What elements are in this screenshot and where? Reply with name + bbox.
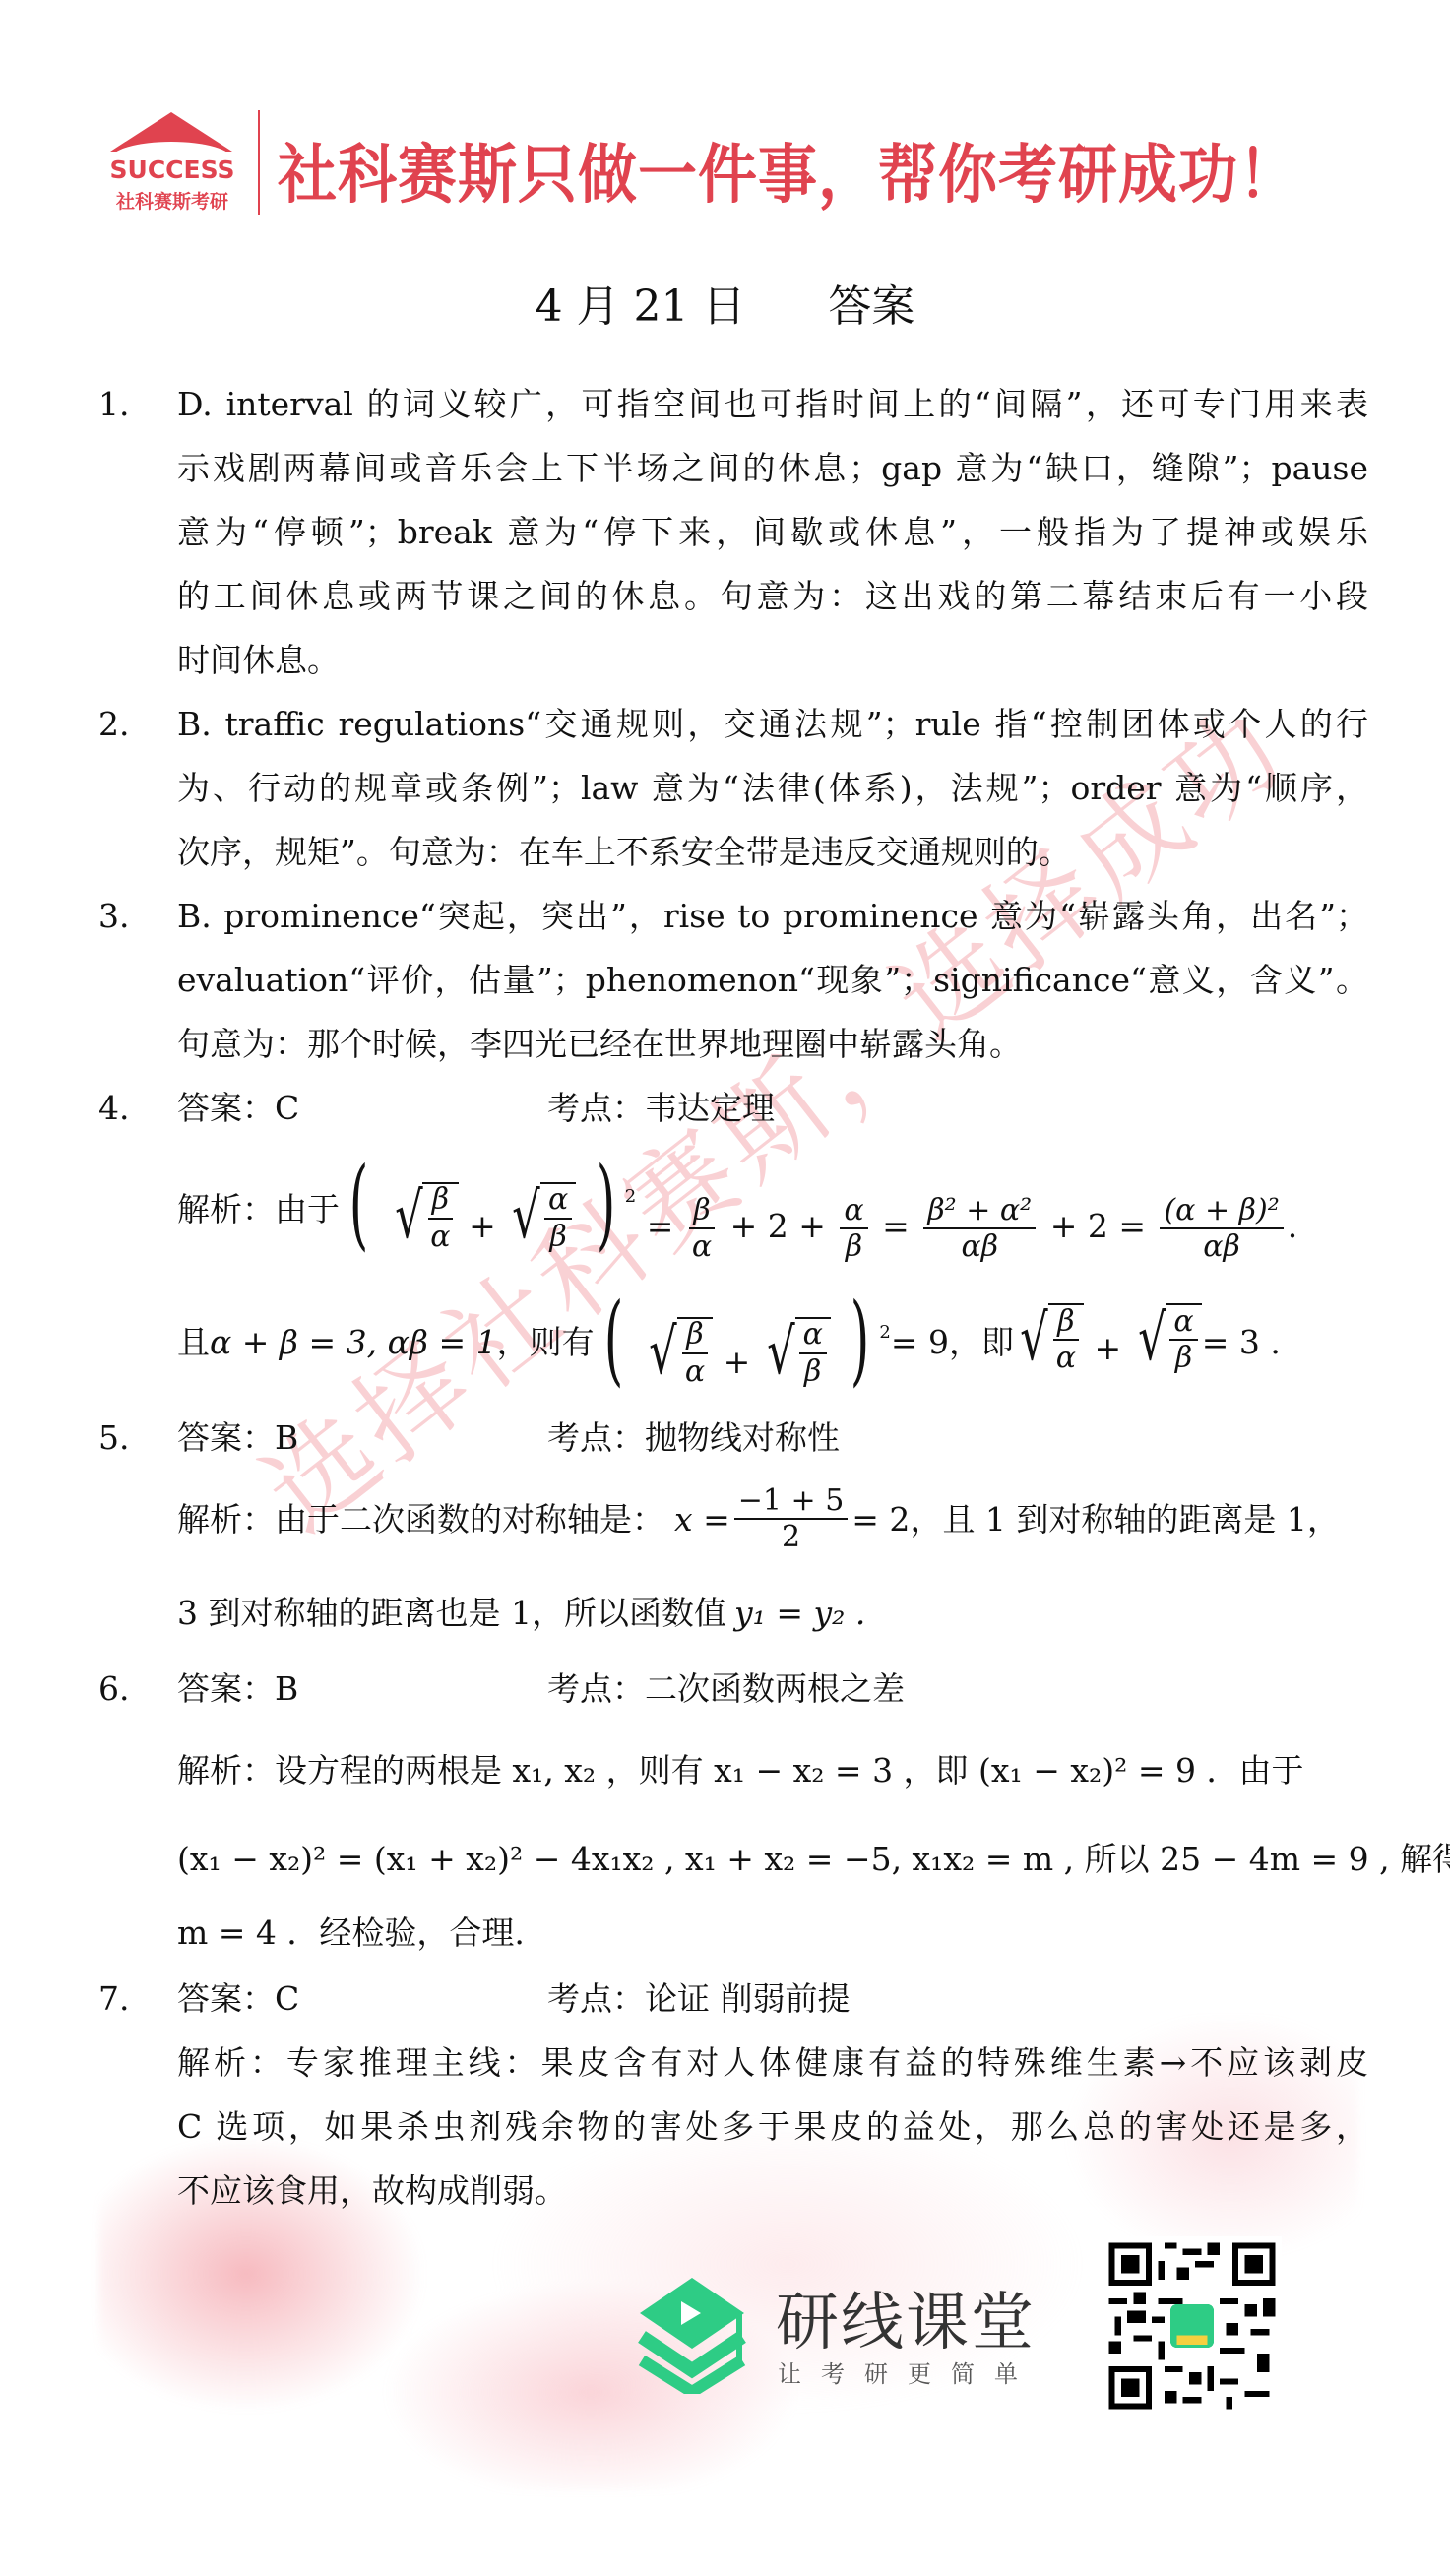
- math-eq: = 9: [891, 1310, 949, 1374]
- item-text: 时间休息。: [177, 628, 1368, 692]
- topic-label: 考点：韦达定理: [547, 1076, 775, 1140]
- math-expression: y₁ = y₂ .: [734, 1581, 865, 1645]
- item-text: 的工间休息或两节课之间的休息。句意为：这出戏的第二幕结束后有一小段: [177, 564, 1368, 628]
- math-result: = 3 .: [1202, 1310, 1281, 1374]
- answer-item-5: 5. 答案：B 考点：抛物线对称性 解析：由于二次函数的对称轴是： x = −1…: [98, 1406, 1368, 1657]
- item-text: C 选项，如果杀虫剂残余物的害处多于果皮的益处，那么总的害处还是多，: [177, 2095, 1368, 2159]
- answer-label: 答案：C: [177, 1076, 547, 1140]
- text: 3 到对称轴的距离也是 1，所以函数值: [177, 1581, 726, 1645]
- item-number: 5.: [98, 1406, 130, 1470]
- item-text: 为、行动的规章或条例”；law 意为“法律(体系)，法规”；order 意为“顺…: [177, 756, 1368, 820]
- footer-brand-name: 研线课堂: [776, 2272, 1036, 2362]
- item-text: 示戏剧两幕间或音乐会上下半场之间的休息；gap 意为“缺口，缝隙”；pause: [177, 436, 1368, 500]
- math-given: α + β = 3, αβ = 1: [210, 1310, 497, 1374]
- math-eq: = 2: [851, 1487, 910, 1551]
- item-text: 意为“停顿”；break 意为“停下来，间歇或休息”，一般指为了提神或娱乐: [177, 500, 1368, 564]
- analysis-label: 解析：由于: [177, 1177, 340, 1241]
- fraction-numerator: −1 + 5: [734, 1485, 849, 1521]
- slogan: 社科赛斯只做一件事，帮你考研成功！: [278, 124, 1298, 216]
- item-meta: 答案：C 考点：论证 削弱前提: [177, 1967, 1368, 2031]
- logo-cn: 社科赛斯考研: [100, 187, 244, 214]
- answer-item-1: 1. D. interval 的词义较广，可指空间也可指时间上的“间隔”，还可专…: [98, 372, 1368, 692]
- footer-brand: 研线课堂 让考研更简单: [638, 2264, 1051, 2412]
- answer-item-7: 7. 答案：C 考点：论证 削弱前提 解析：专家推理主线：果皮含有对人体健康有益…: [98, 1967, 1368, 2223]
- item-text: evaluation“评价，估量”；phenomenon“现象”；signifi…: [177, 948, 1368, 1012]
- text: ，且 1 到对称轴的距离是 1，: [910, 1487, 1339, 1551]
- formula-line: m = 4 ．经检验，合理.: [177, 1898, 1368, 1967]
- page-title: 4 月 21 日 答案: [0, 271, 1450, 334]
- answer-item-3: 3. B. prominence“突起，突出”，rise to prominen…: [98, 884, 1368, 1076]
- item-text: D. interval 的词义较广，可指空间也可指时间上的“间隔”，还可专门用来…: [177, 372, 1368, 436]
- text: ，即: [949, 1310, 1014, 1374]
- topic-label: 考点：抛物线对称性: [547, 1406, 840, 1470]
- footer-tagline: 让考研更简单: [778, 2355, 1038, 2389]
- topic-label: 考点：二次函数两根之差: [547, 1657, 905, 1721]
- text: ，则有: [497, 1310, 595, 1374]
- answer-label: 答案：C: [177, 1967, 547, 2031]
- formula-line: 且 α + β = 3, αβ = 1 ，则有 ( √βα + √αβ )2 =…: [177, 1278, 1368, 1406]
- item-number: 4.: [98, 1076, 130, 1140]
- formula-line: (x₁ − x₂)² = (x₁ + x₂)² − 4x₁x₂ , x₁ + x…: [177, 1819, 1368, 1898]
- analysis-label: 解析：由于二次函数的对称轴是：: [177, 1487, 664, 1551]
- header-divider: [258, 110, 260, 215]
- fraction-denominator: 2: [778, 1520, 804, 1553]
- formula-line: 解析：设方程的两根是 x₁, x₂ ，则有 x₁ − x₂ = 3 ，即 (x₁…: [177, 1721, 1368, 1819]
- answer-item-6: 6. 答案：B 考点：二次函数两根之差 解析：设方程的两根是 x₁, x₂ ，则…: [98, 1657, 1368, 1967]
- math-expression: √βα + √αβ: [1014, 1303, 1202, 1380]
- answer-label: 答案：B: [177, 1406, 547, 1470]
- formula-line: 解析：由于二次函数的对称轴是： x = −1 + 52 = 2 ，且 1 到对称…: [177, 1470, 1368, 1568]
- item-text: 次序，规矩”。句意为：在车上不系安全带是违反交通规则的。: [177, 820, 1368, 884]
- math-expression: ( √βα + √αβ )2 = βα + 2 + αβ = β² + α²αβ…: [340, 1155, 1297, 1263]
- book-stack-play-icon: [638, 2276, 746, 2394]
- item-text: B. traffic regulations“交通规则，交通法规”；rule 指…: [177, 692, 1368, 756]
- formula-line: 解析：由于 ( √βα + √αβ )2 = βα + 2 + αβ = β² …: [177, 1140, 1368, 1278]
- item-number: 3.: [98, 884, 130, 948]
- item-meta: 答案：B 考点：二次函数两根之差: [177, 1657, 1368, 1721]
- item-number: 7.: [98, 1967, 130, 2031]
- answer-item-2: 2. B. traffic regulations“交通规则，交通法规”；rul…: [98, 692, 1368, 884]
- item-number: 6.: [98, 1657, 130, 1721]
- item-meta: 答案：B 考点：抛物线对称性: [177, 1406, 1368, 1470]
- header: SUCCESS 社科赛斯考研 社科赛斯只做一件事，帮你考研成功！: [98, 106, 1378, 217]
- item-number: 2.: [98, 692, 130, 756]
- topic-label: 考点：论证 削弱前提: [547, 1967, 851, 2031]
- qr-code-icon[interactable]: [1103, 2236, 1282, 2416]
- item-number: 1.: [98, 372, 130, 436]
- text: 且: [177, 1310, 210, 1374]
- math-expression: ( √βα + √αβ )2: [595, 1290, 891, 1394]
- item-text: 解析：专家推理主线：果皮含有对人体健康有益的特殊维生素→不应该剥皮: [177, 2031, 1368, 2095]
- logo-en: SUCCESS: [100, 156, 244, 184]
- formula-line: 3 到对称轴的距离也是 1，所以函数值 y₁ = y₂ .: [177, 1568, 1368, 1657]
- item-text: 不应该食用，故构成削弱。: [177, 2159, 1368, 2223]
- logo: SUCCESS 社科赛斯考研: [98, 106, 246, 217]
- item-text: 句意为：那个时候，李四光已经在世界地理圈中崭露头角。: [177, 1012, 1368, 1076]
- answer-label: 答案：B: [177, 1657, 547, 1721]
- answer-item-4: 4. 答案：C 考点：韦达定理 解析：由于 ( √βα + √αβ )2 = β…: [98, 1076, 1368, 1406]
- item-meta: 答案：C 考点：韦达定理: [177, 1076, 1368, 1140]
- item-text: B. prominence“突起，突出”，rise to prominence …: [177, 884, 1368, 948]
- answer-list: 1. D. interval 的词义较广，可指空间也可指时间上的“间隔”，还可专…: [98, 372, 1368, 2223]
